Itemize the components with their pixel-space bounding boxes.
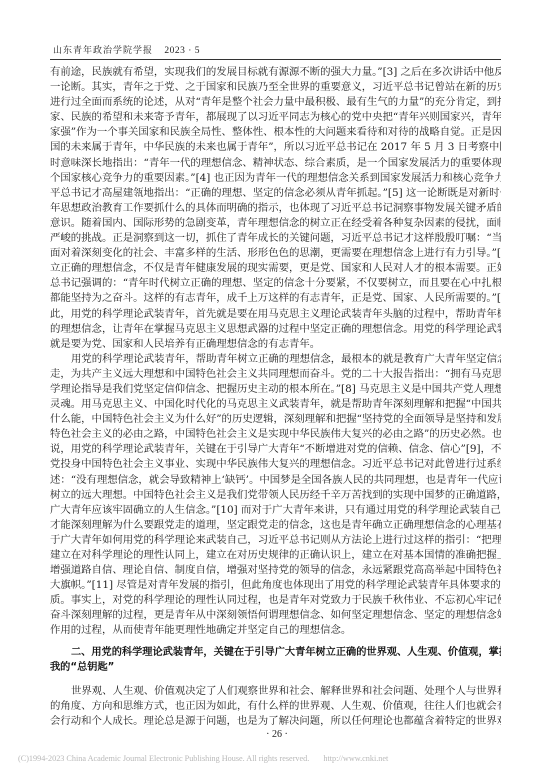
text-line: 家、民族的希望和未来寄予青年，都展现了以习近平同志为核心的党中央把“青年兴则国家… <box>50 110 501 125</box>
text-line: 作用的过程，从而使青年能更理性地确定并坚定自己的理想信念。 <box>50 623 501 638</box>
article-body: 有前途，民族就有希望，实现我们的发展目标就有源源不断的强大力量。”[3] 之后在… <box>50 65 501 729</box>
text-line: 述：“没有理想信念，就会导致精神上‘缺钙’。中国梦是全国各族人民的共同理想，也是… <box>50 473 501 488</box>
text-line: 特色社会主义的必由之路，中国特色社会主义是实现中华民族伟大复兴的必由之路”的历史… <box>50 427 501 442</box>
text-line: 才能深刻理解为什么要跟党走的道理，坚定跟党走的信念，这也是青年确立正确理想信念的… <box>50 518 501 533</box>
text-line: 就是要为党、国家和人民培养有正确理想信念的有志青年。 <box>50 337 501 352</box>
paragraph-1: 有前途，民族就有希望，实现我们的发展目标就有源源不断的强大力量。”[3] 之后在… <box>50 65 501 352</box>
text-line: 建立在对科学理论的理性认同上，建立在对历史规律的正确认识上，建立在对基本国情的准… <box>50 548 501 563</box>
section-heading: 二、用党的科学理论武装青年，关键在于引导广大青年树立正确的世界观、人生观、价值观… <box>50 645 501 676</box>
text-line: 严峻的挑战。正是洞察到这一切，抓住了青年成长的关键问题，习近平总书记才这样殷殷叮… <box>50 231 501 246</box>
text-line: 都能坚持为之奋斗。这样的有志青年，成千上万这样的有志青年，正是党、国家、人民所需… <box>50 291 501 306</box>
text-line: 走，为共产主义远大理想和中国特色社会主义共同理想而奋斗。党的二十大报告指出：“拥… <box>50 367 501 382</box>
text-line: 面对着深刻变化的社会、丰富多样的生活、形形色色的思潮，更需要在理想信念上进行有力… <box>50 246 501 261</box>
text-line: 时意味深长地指出：“青年一代的理想信念、精神状态、综合素质，是一个国家发展活力的… <box>50 156 501 171</box>
text-line: 进行过全面而系统的论述，从对“青年是整个社会力量中最积极、最有生气的力量”的充分… <box>50 95 501 110</box>
text-line: 总书记强调的：“青年时代树立正确的理想、坚定的信念十分要紧，不仅要树立，而且要在… <box>50 276 501 291</box>
text-line: 奋斗深刻理解的过程，更是青年从中深刻领悟何谓理想信念、如何坚定理想信念、坚定的理… <box>50 608 501 623</box>
text-line: 用党的科学理论武装青年，帮助青年树立正确的理想信念，最根本的就是教育广大青年坚定… <box>50 352 501 367</box>
paragraph-3: 世界观、人生观、价值观决定了人们观察世界和社会、解释世界和社会问题、处理个人与世… <box>50 684 501 729</box>
text-line: 灵魂。用马克思主义、中国化时代化的马克思主义武装青年，就是帮助青年深刻理解和把握… <box>50 397 501 412</box>
text-line: 质。事实上，对党的科学理论的理性认同过程，也是青年对党致力于民族千秋伟业、不忘初… <box>50 593 501 608</box>
issue-number: 2023 · 5 <box>164 46 200 56</box>
text-line: 一论断。其实，青年之于党、之于国家和民族乃至全世界的重要意义，习近平总书记曾站在… <box>50 80 501 95</box>
text-line: 的角度、方向和思维方式，也正因为如此，有什么样的世界观、人生观、价值观，往往人们… <box>50 699 501 714</box>
paragraph-2: 用党的科学理论武装青年，帮助青年树立正确的理想信念，最根本的就是教育广大青年坚定… <box>50 352 501 639</box>
header-divider <box>50 59 501 60</box>
section-heading-line: 我的“总钥匙” <box>50 660 501 676</box>
publisher-url: http://www.cnki.net <box>323 754 388 763</box>
text-line: 此，用党的科学理论武装青年，首先就是要在用马克思主义理论武装青年头脑的过程中，帮… <box>50 307 501 322</box>
text-line: 国的未来属于青年，中华民族的未来也属于青年”，所以习近平总书记在 2017 年 … <box>50 140 501 155</box>
running-header: 山东青年政治学院学报 2023 · 5 <box>53 43 200 56</box>
text-line: 广大青年应该牢固确立的人生信念。”[10] 而对于广大青年来讲，只有通过用党的科… <box>50 503 501 518</box>
text-line: 党投身中国特色社会主义事业、实现中华民族伟大复兴的理想信念。习近平总书记对此曾进… <box>50 457 501 472</box>
text-line: 个国家核心竞争力的重要因素。”[4] 也正因为青年一代的理想信念关系到国家发展活… <box>50 171 501 186</box>
copyright-text: (C)1994-2023 China Academic Journal Elec… <box>18 754 309 763</box>
text-line: 世界观、人生观、价值观决定了人们观察世界和社会、解释世界和社会问题、处理个人与世… <box>50 684 501 699</box>
text-line: 说，用党的科学理论武装青年，关键在于引导广大青年“不断增进对党的信赖、信念、信心… <box>50 442 501 457</box>
text-line: 学理论指导是我们党坚定信仰信念、把握历史主动的根本所在。”[8] 马克思主义是中… <box>50 382 501 397</box>
spacer <box>50 676 501 684</box>
page-number: · 26 · <box>0 729 554 740</box>
text-line: 大旗帜。”[11] 尽管是对青年发展的指引，但此角度也体现出了用党的科学理论武装… <box>50 578 501 593</box>
section-heading-line: 二、用党的科学理论武装青年，关键在于引导广大青年树立正确的世界观、人生观、价值观… <box>50 645 501 661</box>
text-line: 意识。随着国内、国际形势的急剧变革，青年理想信念的树立正在经受着各种复杂因素的侵… <box>50 216 501 231</box>
text-line: 会行动和个人成长。理论总是源于问题，也是为了解决问题，所以任何理论也都蕴含着特定… <box>50 714 501 729</box>
text-line: 树立的远大理想。中国特色社会主义是我们党带领人民历经千辛万苦找到的实现中国梦的正… <box>50 488 501 503</box>
text-line: 增强道路自信、理论自信、制度自信，增强对坚持党的领导的信念，永远紧跟党高高举起中… <box>50 563 501 578</box>
text-line: 平总书记才高屋建瓴地指出：“正确的理想、坚定的信念必须从青年抓起。”[5] 这一… <box>50 186 501 201</box>
text-line: 的理想信念，让青年在掌握马克思主义思想武器的过程中坚定正确的理想信念。用党的科学… <box>50 322 501 337</box>
text-line: 有前途，民族就有希望，实现我们的发展目标就有源源不断的强大力量。”[3] 之后在… <box>50 65 501 80</box>
copyright-notice: (C)1994-2023 China Academic Journal Elec… <box>18 754 388 763</box>
journal-name: 山东青年政治学院学报 <box>53 46 153 56</box>
text-line: 什么能，中国特色社会主义为什么好”的历史逻辑，深刻理解和把握“坚持党的全面领导是… <box>50 412 501 427</box>
text-line: 于广大青年如何用党的科学理论来武装自己，习近平总书记则从方法论上进行过这样的指引… <box>50 533 501 548</box>
text-line: 立正确的理想信念，不仅是青年健康发展的现实需要，更是党、国家和人民对人才的根本需… <box>50 261 501 276</box>
text-line: 家强”作为一个事关国家和民族全局性、整体性、根本性的大问题来看待和对待的战略自觉… <box>50 125 501 140</box>
journal-page: 山东青年政治学院学报 2023 · 5 有前途，民族就有希望，实现我们的发展目标… <box>0 0 554 783</box>
text-line: 年思想政治教育工作要抓什么的具体而明确的指示，也体现了习近平总书记洞察事物发展关… <box>50 201 501 216</box>
